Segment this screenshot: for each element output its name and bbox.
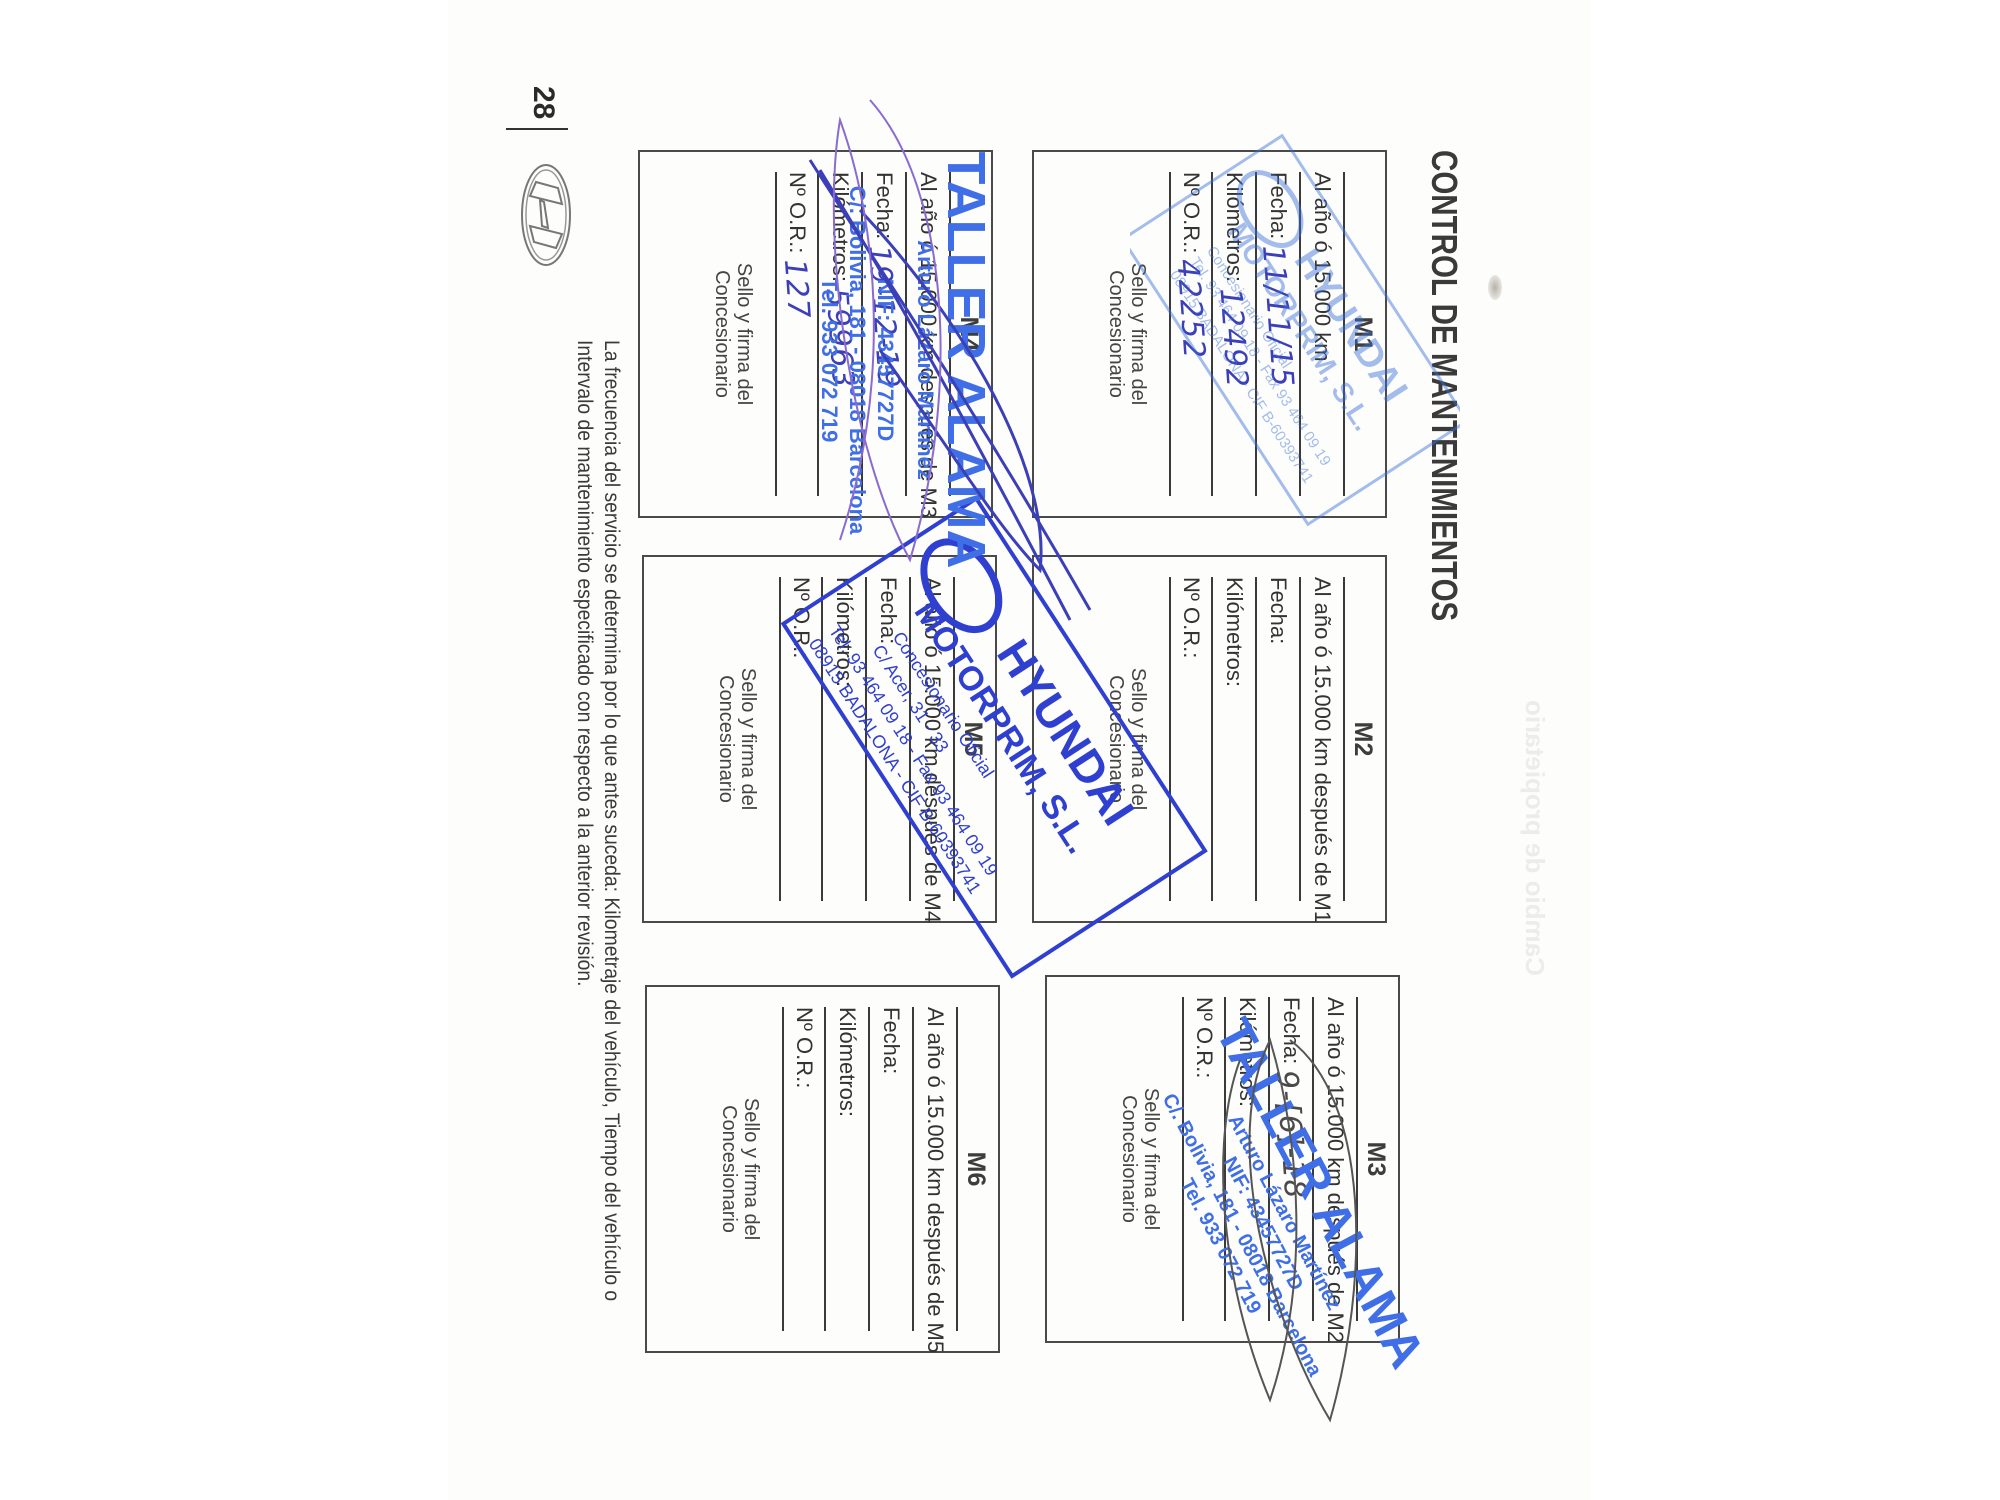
signature-label-1: Sello y firma del — [1127, 152, 1149, 516]
page-number-divider — [506, 128, 568, 130]
service-box-m4: M4Al año ó 15.000 km después de M3Fecha:… — [638, 150, 993, 518]
service-id: M2 — [1348, 557, 1377, 921]
interval-text: Al año ó 15.000 km después de M5 — [922, 1007, 948, 1353]
kilometros-label: Kilómetros: — [1234, 997, 1260, 1107]
kilometros-label: Kilómetros: — [1221, 172, 1247, 282]
service-interval: Al año ó 15.000 km después de M5 — [914, 1007, 958, 1331]
fecha-field[interactable]: Fecha:19-12-19 — [863, 172, 907, 496]
kilometros-field[interactable]: Kilómetros: — [1226, 997, 1270, 1321]
or-label: Nº O.R.: — [784, 172, 810, 253]
service-interval: Al año ó 15.000 km después de M3 — [907, 172, 951, 496]
service-box-m3: M3Al año ó 15.000 km después de M2Fecha:… — [1045, 975, 1400, 1343]
signature-label-1: Sello y firma del — [737, 557, 759, 921]
service-id: M1 — [1348, 152, 1377, 516]
signature-label-2: Concesionario — [718, 987, 740, 1351]
or-label: Nº O.R.: — [791, 1007, 817, 1088]
signature-label-2: Concesionario — [711, 152, 733, 516]
signature-label-2: Concesionario — [1105, 152, 1127, 516]
fecha-label: Fecha: — [1265, 577, 1291, 644]
dealer-signature-area: Sello y firma delConcesionario — [1105, 557, 1149, 921]
service-interval: Al año ó 15.000 km después de M4 — [911, 577, 955, 901]
fecha-value: 9-[6]-18 — [1269, 1069, 1313, 1201]
or-label: Nº O.R.: — [1178, 172, 1204, 253]
signature-label-2: Concesionario — [1118, 977, 1140, 1341]
service-interval: Al año ó 15.000 km — [1301, 172, 1345, 496]
signature-label-2: Concesionario — [1105, 557, 1127, 921]
footer-line-1: La frecuencia del servicio se determina … — [598, 340, 625, 1315]
hyundai-logo-icon — [518, 160, 574, 270]
signature-label-1: Sello y firma del — [740, 987, 762, 1351]
fecha-label: Fecha: — [1278, 997, 1304, 1064]
kilometros-field[interactable]: Kilómetros:59963 — [819, 172, 863, 496]
footer-line-2: Intervalo de mantenimiento especificado … — [571, 340, 598, 1315]
fecha-label: Fecha: — [871, 172, 897, 239]
paper-smudge — [1488, 275, 1502, 300]
kilometros-field[interactable]: Kilómetros: — [1213, 577, 1257, 901]
kilometros-label: Kilómetros: — [827, 172, 853, 282]
kilometros-field[interactable]: Kilómetros: — [826, 1007, 870, 1331]
fecha-label: Fecha: — [875, 577, 901, 644]
or-value: 127 — [777, 258, 816, 321]
service-box-m1: M1Al año ó 15.000 kmFecha:11/11/15Kilóme… — [1032, 150, 1387, 518]
fecha-field[interactable]: Fecha:9-[6]-18 — [1270, 997, 1314, 1321]
signature-label-1: Sello y firma del — [1140, 977, 1162, 1341]
page-title: CONTROL DE MANTENIMIENTOS — [1423, 150, 1465, 621]
fecha-label: Fecha: — [878, 1007, 904, 1074]
fecha-field[interactable]: Fecha: — [1257, 577, 1301, 901]
or-field[interactable]: Nº O.R.: — [782, 1007, 826, 1331]
fecha-label: Fecha: — [1265, 172, 1291, 239]
kilometros-value: 59963 — [819, 287, 861, 390]
interval-text: Al año ó 15.000 km después de M4 — [919, 577, 945, 923]
document-page: Cambio de propietario CONTROL DE MANTENI… — [448, 0, 1590, 1500]
service-box-m6: M6Al año ó 15.000 km después de M5Fecha:… — [645, 985, 1000, 1353]
kilometros-label: Kilómetros: — [831, 577, 857, 687]
kilometros-label: Kilómetros: — [1221, 577, 1247, 687]
service-box-m5: M5Al año ó 15.000 km después de M4Fecha:… — [642, 555, 997, 923]
or-label: Nº O.R.: — [1178, 577, 1204, 658]
or-label: Nº O.R.: — [788, 577, 814, 658]
fecha-field[interactable]: Fecha:11/11/15 — [1257, 172, 1301, 496]
fecha-field[interactable]: Fecha: — [870, 1007, 914, 1331]
signature-label-1: Sello y firma del — [733, 152, 755, 516]
dealer-signature-area: Sello y firma delConcesionario — [715, 557, 759, 921]
service-id: M3 — [1361, 977, 1390, 1341]
or-field[interactable]: Nº O.R.: — [1169, 577, 1213, 901]
fecha-value: 11/11/15 — [1256, 244, 1301, 389]
service-box-m2: M2Al año ó 15.000 km después de M1Fecha:… — [1032, 555, 1387, 923]
or-field[interactable]: Nº O.R.:42252 — [1169, 172, 1213, 496]
or-field[interactable]: Nº O.R.: — [779, 577, 823, 901]
kilometros-value: 12492 — [1213, 287, 1255, 390]
or-label: Nº O.R.: — [1191, 997, 1217, 1078]
or-field[interactable]: Nº O.R.:127 — [775, 172, 819, 496]
dealer-signature-area: Sello y firma delConcesionario — [718, 987, 762, 1351]
interval-text: Al año ó 15.000 km — [1309, 172, 1335, 362]
kilometros-label: Kilómetros: — [834, 1007, 860, 1117]
interval-text: Al año ó 15.000 km después de M1 — [1309, 577, 1335, 923]
fecha-field[interactable]: Fecha: — [867, 577, 911, 901]
kilometros-field[interactable]: Kilómetros: — [823, 577, 867, 901]
service-id: M6 — [961, 987, 990, 1351]
kilometros-field[interactable]: Kilómetros:12492 — [1213, 172, 1257, 496]
or-field[interactable]: Nº O.R.: — [1182, 997, 1226, 1321]
service-interval: Al año ó 15.000 km después de M1 — [1301, 577, 1345, 901]
page-number: 28 — [526, 86, 560, 119]
dealer-signature-area: Sello y firma delConcesionario — [1118, 977, 1162, 1341]
or-value: 42252 — [1170, 258, 1212, 361]
service-frequency-note: La frecuencia del servicio se determina … — [571, 340, 625, 1315]
signature-label-2: Concesionario — [715, 557, 737, 921]
interval-text: Al año ó 15.000 km después de M2 — [1322, 997, 1348, 1343]
dealer-signature-area: Sello y firma delConcesionario — [711, 152, 755, 516]
dealer-signature-area: Sello y firma delConcesionario — [1105, 152, 1149, 516]
service-id: M4 — [954, 152, 983, 516]
service-interval: Al año ó 15.000 km después de M2 — [1314, 997, 1358, 1321]
interval-text: Al año ó 15.000 km después de M3 — [915, 172, 941, 518]
fecha-value: 19-12-19 — [862, 244, 907, 390]
bleed-through-text: Cambio de propietario — [1519, 700, 1550, 976]
service-id: M5 — [958, 557, 987, 921]
signature-label-1: Sello y firma del — [1127, 557, 1149, 921]
